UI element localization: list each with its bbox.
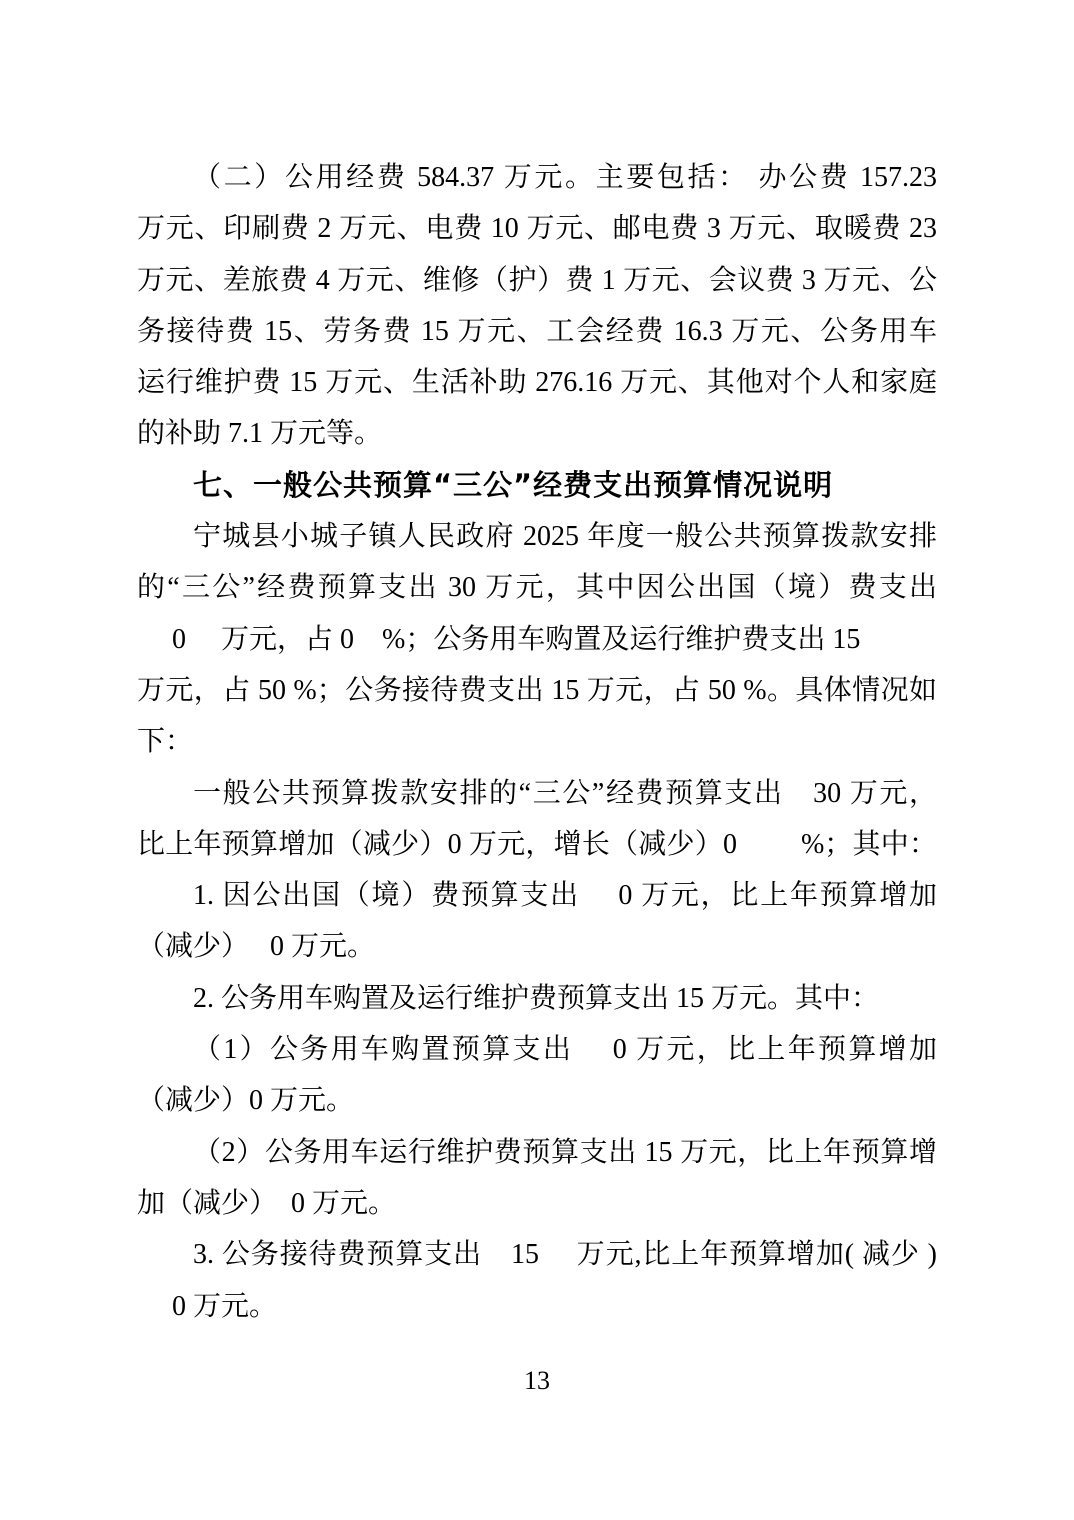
document-page: （二）公用经费 584.37 万元。主要包括： 办公费 157.23 万元、印刷… [0, 0, 1074, 1520]
text-line: （二）公用经费 584.37 万元。主要包括： 办公费 157.23 [137, 152, 937, 203]
text-line: （减少） 0 万元。 [137, 921, 937, 972]
page-number: 13 [0, 1366, 1074, 1396]
text-line: 万元、印刷费 2 万元、电费 10 万元、邮电费 3 万元、取暖费 23 [137, 203, 937, 254]
text-line: 1. 因公出国（境）费预算支出 0 万元，比上年预算增加 [137, 870, 937, 921]
text-line: 万元、差旅费 4 万元、维修（护）费 1 万元、会议费 3 万元、公 [137, 255, 937, 306]
text-line: （1）公务用车购置预算支出 0 万元，比上年预算增加 [137, 1024, 937, 1075]
text-line: 万元，占 50 %；公务接待费支出 15 万元，占 50 %。具体情况如 [137, 665, 937, 716]
para-three-public-total: 一般公共预算拨款安排的“三公”经费预算支出 30 万元， 比上年预算增加（减少）… [137, 768, 937, 871]
text-line: 宁城县小城子镇人民政府 2025 年度一般公共预算拨款安排 [137, 511, 937, 562]
text-line: 3. 公务接待费预算支出 15 万元,比上年预算增加( 减少 ) [137, 1229, 937, 1280]
text-line: 0 万元。 [137, 1281, 937, 1332]
text-line: 务接待费 15、劳务费 15 万元、工会经费 16.3 万元、公务用车 [137, 306, 937, 357]
text-line: 一般公共预算拨款安排的“三公”经费预算支出 30 万元， [137, 768, 937, 819]
text-line: 比上年预算增加（减少）0 万元，增长（减少）0 %；其中： [137, 819, 937, 870]
text-line: 加（减少） 0 万元。 [137, 1178, 937, 1229]
text-line: 2. 公务用车购置及运行维护费预算支出 15 万元。其中： [137, 973, 937, 1024]
section-heading-three-public: 七、一般公共预算“三公”经费支出预算情况说明 [137, 460, 937, 511]
item-vehicle-purchase: （1）公务用车购置预算支出 0 万元，比上年预算增加 （减少）0 万元。 [137, 1024, 937, 1127]
item-vehicle-maintenance: （2）公务用车运行维护费预算支出 15 万元，比上年预算增 加（减少） 0 万元… [137, 1127, 937, 1230]
text-line: 0 万元，占 0 %；公务用车购置及运行维护费支出 15 [137, 614, 937, 665]
item-official-vehicles: 2. 公务用车购置及运行维护费预算支出 15 万元。其中： [137, 973, 937, 1024]
document-body: （二）公用经费 584.37 万元。主要包括： 办公费 157.23 万元、印刷… [137, 152, 937, 1332]
para-public-expense: （二）公用经费 584.37 万元。主要包括： 办公费 157.23 万元、印刷… [137, 152, 937, 460]
text-line: （减少）0 万元。 [137, 1075, 937, 1126]
text-line: 下： [137, 716, 937, 767]
text-line: 运行维护费 15 万元、生活补助 276.16 万元、其他对个人和家庭 [137, 357, 937, 408]
item-overseas-trips: 1. 因公出国（境）费预算支出 0 万元，比上年预算增加 （减少） 0 万元。 [137, 870, 937, 973]
para-three-public-intro: 宁城县小城子镇人民政府 2025 年度一般公共预算拨款安排 的“三公”经费预算支… [137, 511, 937, 767]
item-official-reception: 3. 公务接待费预算支出 15 万元,比上年预算增加( 减少 ) 0 万元。 [137, 1229, 937, 1332]
text-line: 的“三公”经费预算支出 30 万元，其中因公出国（境）费支出 [137, 562, 937, 613]
text-line: （2）公务用车运行维护费预算支出 15 万元，比上年预算增 [137, 1127, 937, 1178]
text-line: 的补助 7.1 万元等。 [137, 408, 937, 459]
